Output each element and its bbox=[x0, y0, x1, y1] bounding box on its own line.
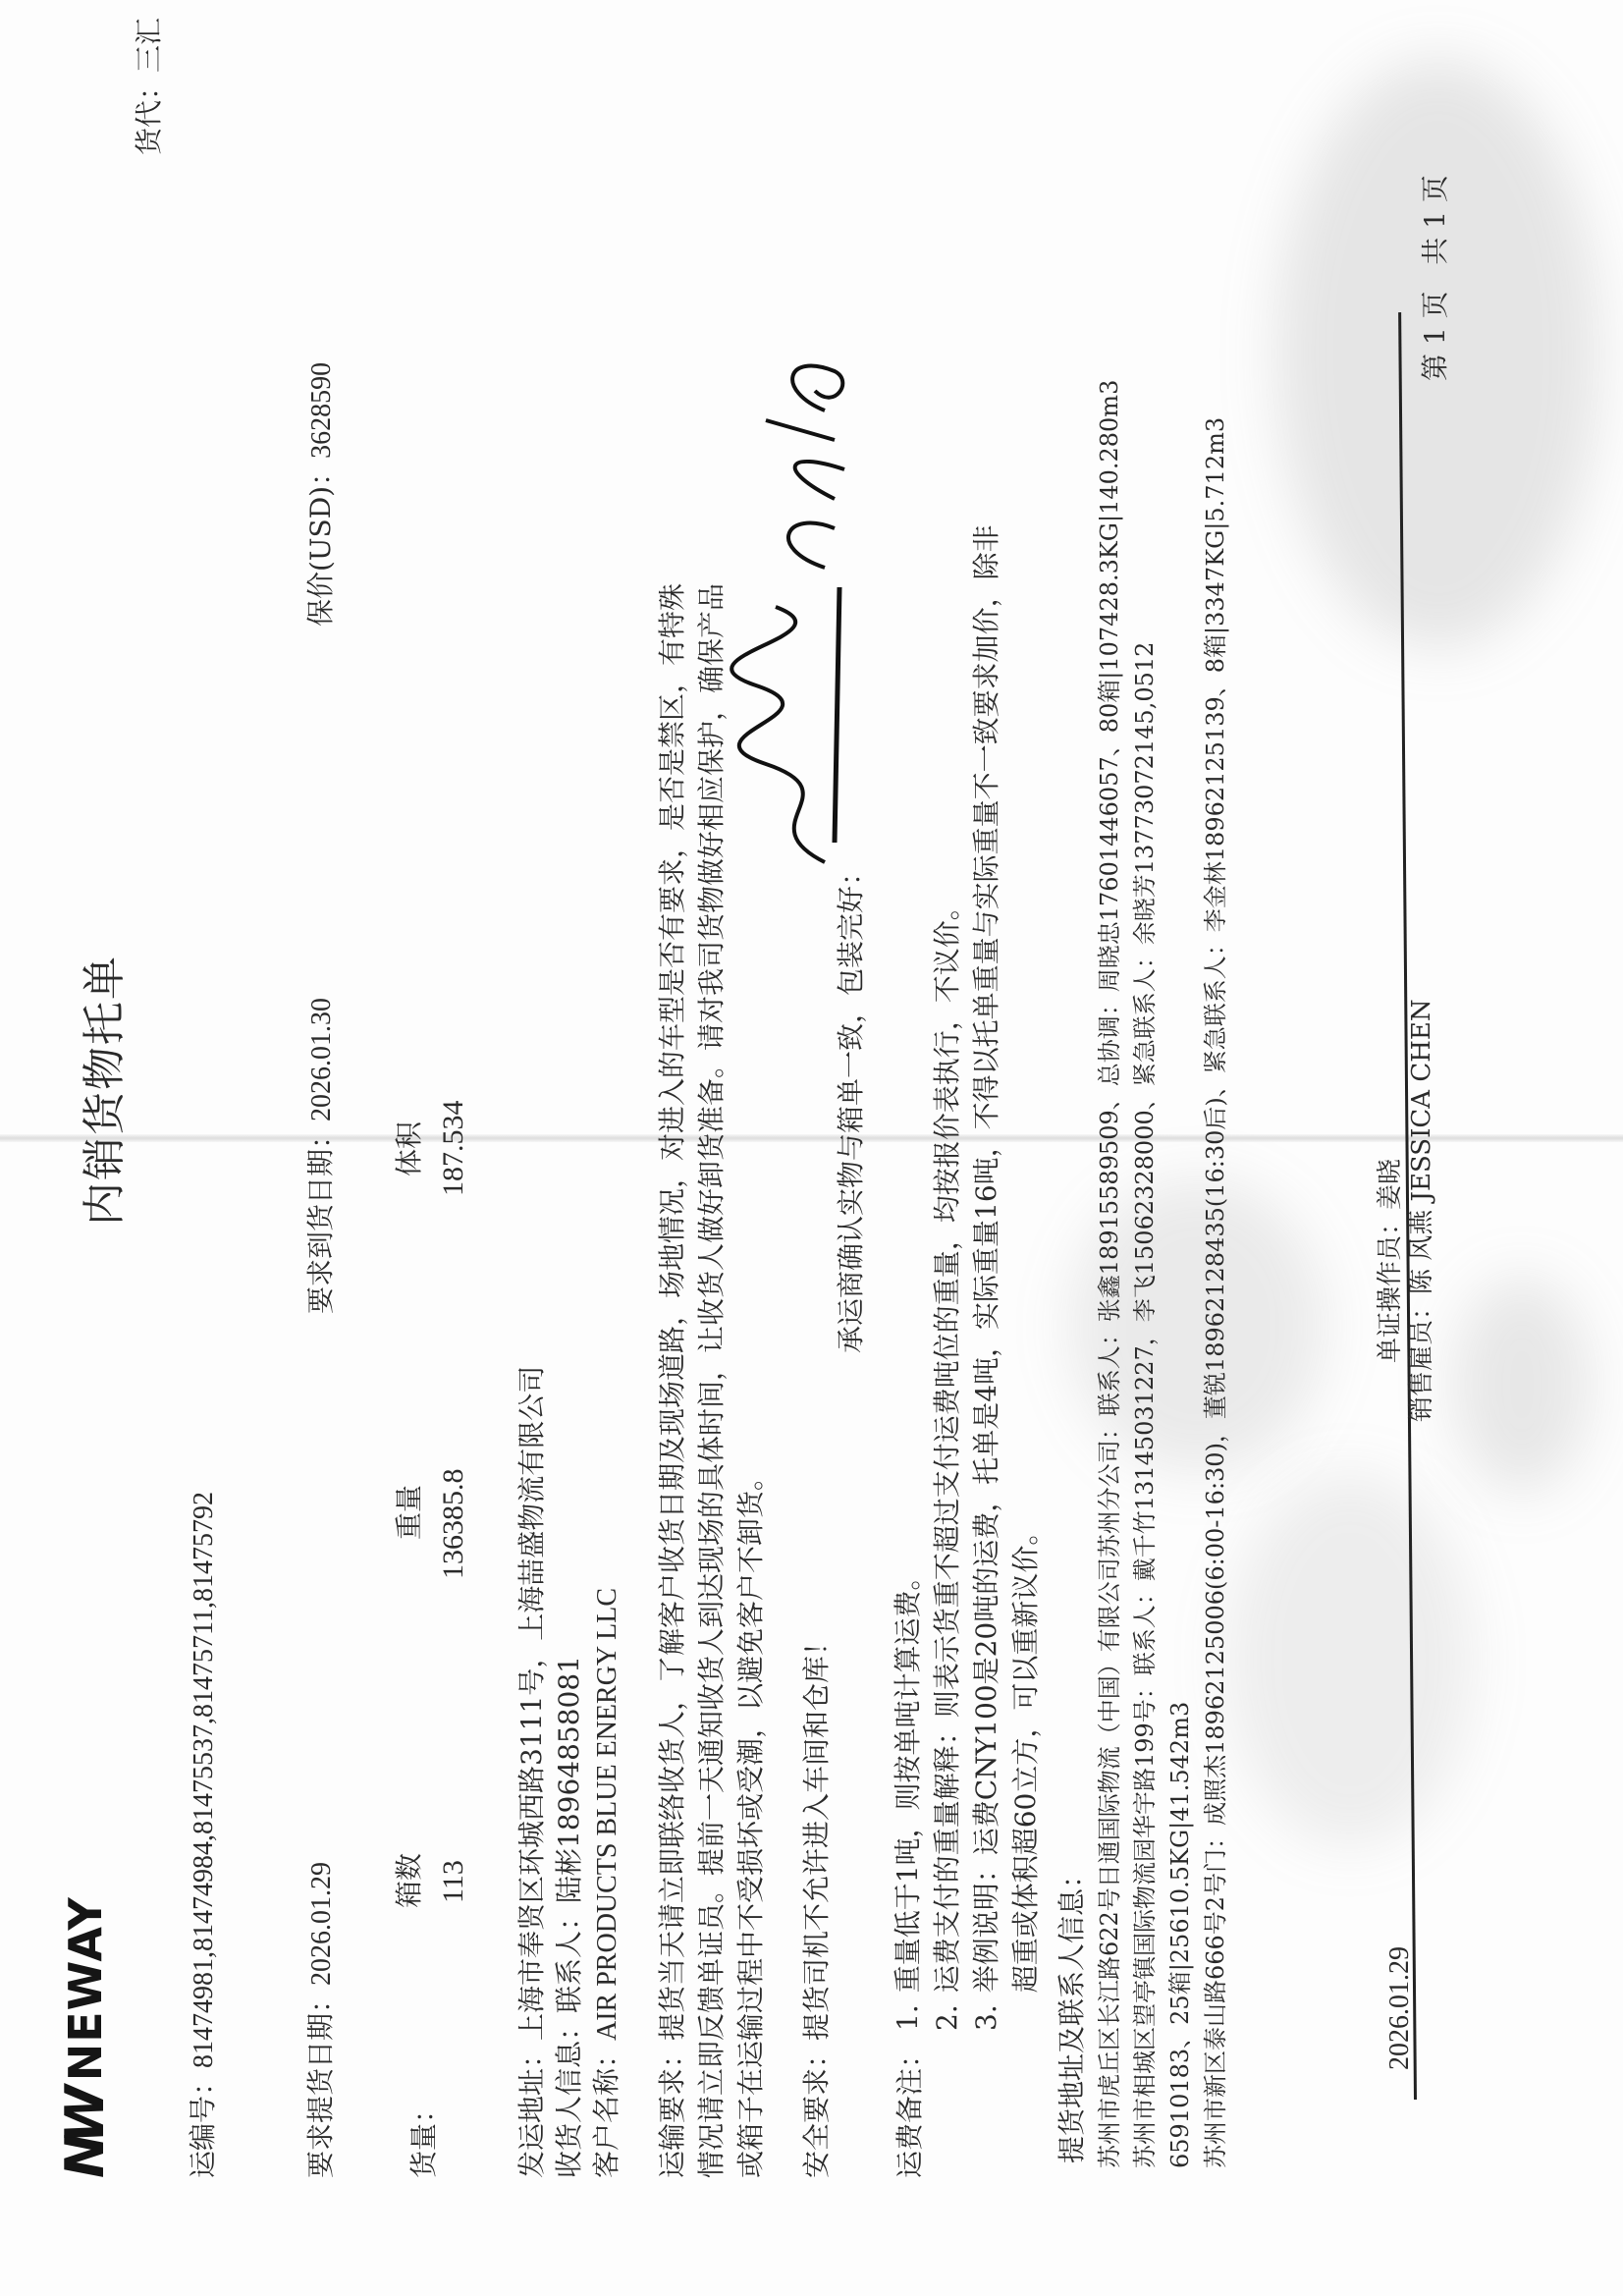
freight-note-item: 1. 重量低于1吨，则按单吨计算运费。 bbox=[889, 524, 928, 2031]
consignee-contact-row: 收货人信息：联系人：陆彬18964858081 bbox=[548, 1656, 587, 2178]
pickup-line: 苏州市虎丘区长江路622号日通国际物流（中国）有限公司苏州分公司：联系人：张鑫1… bbox=[1092, 380, 1127, 2168]
arrival-date-row: 要求到货日期：2026.01.30 bbox=[299, 998, 339, 1314]
safety-text: 提货司机不允许进入车间和仓库！ bbox=[800, 1628, 833, 2041]
insured-value-row: 保价(USD)：3628590 bbox=[299, 362, 339, 627]
freight-notes: 1. 重量低于1吨，则按单吨计算运费。 2. 运费支付的重量解释：则表示货重不超… bbox=[889, 524, 1046, 2031]
note-text: 运费支付的重量解释：则表示货重不超过支付运费吨位的重量，均按报价表执行，不议价。 bbox=[928, 893, 967, 1993]
shipping-order-page: NW NEWAY 内销货物托单 货代：三汇 运编号：81474981,81474… bbox=[0, 0, 1623, 2296]
cargo-col-boxes: 箱数 bbox=[388, 1853, 427, 1908]
footer-date: 2026.01.29 bbox=[1384, 1946, 1416, 2070]
customer-label: 客户名称： bbox=[590, 2041, 622, 2178]
pickup-list: 苏州市虎丘区长江路622号日通国际物流（中国）有限公司苏州分公司：联系人：张鑫1… bbox=[1092, 380, 1233, 2168]
operator-name: 姜晓 bbox=[1376, 1159, 1405, 1210]
pickup-line: 65910183、25箱|25610.5KG|41.542m3 bbox=[1163, 380, 1198, 2168]
sales-label: 销售雇员： bbox=[1407, 1294, 1436, 1422]
footer-staff: 单证操作员：姜晓 销售雇员：陈 风燕 JESSICA CHEN bbox=[1375, 999, 1437, 1422]
cargo-col-weight: 重量 bbox=[388, 1485, 427, 1540]
insured-value-label: 保价(USD)： bbox=[304, 459, 337, 627]
freight-agent-label: 货代： bbox=[133, 73, 165, 155]
note-number: 2. bbox=[928, 2004, 967, 2031]
safety-requirements: 安全要求：提货司机不允许进入车间和仓库！ bbox=[795, 1628, 835, 2178]
waybill-numbers: 81474981,81474984,81475537,81475711,8147… bbox=[189, 1492, 219, 2068]
freight-agent-value: 三汇 bbox=[133, 18, 165, 73]
consignee-contact-label: 收货人信息： bbox=[553, 2013, 585, 2178]
freight-note-item: 3. 举例说明：运费CNY100是20吨的运费，托单是4吨，实际重量16吨，不得… bbox=[967, 524, 1046, 2031]
pickup-line: 苏州市新区泰山路666号2号门：成照杰18962125006(6:00-16:3… bbox=[1198, 380, 1233, 2168]
safety-label: 安全要求： bbox=[800, 2041, 833, 2178]
cargo-boxes: 113 bbox=[437, 1860, 470, 1903]
pickup-date-row: 要求提货日期：2026.01.29 bbox=[299, 1862, 339, 2178]
insured-value: 3628590 bbox=[306, 362, 337, 459]
pickup-title: 提货地址及联系人信息： bbox=[1051, 1861, 1090, 2163]
transport-label: 运输要求： bbox=[656, 2041, 688, 2178]
arrival-date-label: 要求到货日期： bbox=[304, 1121, 337, 1314]
sales-name: 陈 风燕 JESSICA CHEN bbox=[1407, 999, 1436, 1294]
note-body: 举例说明：运费CNY100是20吨的运费，托单是4吨，实际重量16吨，不得以托单… bbox=[967, 524, 1046, 1993]
pickup-date-label: 要求提货日期： bbox=[304, 1986, 337, 2178]
note-number: 3. bbox=[967, 2004, 1046, 2031]
transport-line: 提货当天请立即联络收货人，了解客户收货日期及现场道路，场地情况，对进入的车型是否… bbox=[656, 583, 688, 2041]
ship-address-label: 发运地址： bbox=[515, 2041, 548, 2178]
note-text: 超重或体积超60立方，可以重新议价。 bbox=[1006, 524, 1046, 1993]
page-info: 第 1 页 共 1 页 bbox=[1414, 175, 1453, 381]
consignee-contact: 联系人：陆彬18964858081 bbox=[553, 1656, 585, 2013]
customer-name: AIR PRODUCTS BLUE ENERGY LLC bbox=[592, 1588, 622, 2041]
operator-label: 单证操作员： bbox=[1376, 1210, 1405, 1363]
note-number: 1. bbox=[889, 2004, 928, 2031]
cargo-col-volume: 体积 bbox=[388, 1121, 427, 1176]
freight-notes-label: 运费备注： bbox=[889, 2041, 928, 2178]
handwritten-signature-icon: 陈新 26/1/30 bbox=[707, 332, 874, 882]
document-title: 内销货物托单 bbox=[69, 955, 132, 1226]
company-logo: NW NEWAY bbox=[54, 1896, 116, 2178]
freight-note-item: 2. 运费支付的重量解释：则表示货重不超过支付运费吨位的重量，均按报价表执行，不… bbox=[928, 524, 967, 2031]
pickup-date: 2026.01.29 bbox=[306, 1862, 337, 1986]
cargo-label: 货量： bbox=[403, 2096, 442, 2178]
ship-address-row: 发运地址：上海市奉贤区环城西路3111号，上海喆盛物流有限公司 bbox=[511, 1366, 550, 2178]
logo-text: NEWAY bbox=[59, 1896, 112, 2081]
note-text: 举例说明：运费CNY100是20吨的运费，托单是4吨，实际重量16吨，不得以托单… bbox=[967, 524, 1006, 1993]
arrival-date: 2026.01.30 bbox=[306, 998, 337, 1121]
cargo-volume: 187.534 bbox=[437, 1101, 470, 1197]
freight-agent: 货代：三汇 bbox=[128, 18, 167, 155]
pickup-line: 苏州市相城区望亭镇国际物流园华宇路199号：联系人：戴千竹13145031227… bbox=[1127, 380, 1163, 2168]
note-text: 重量低于1吨，则按单吨计算运费。 bbox=[889, 1562, 928, 1993]
ship-address: 上海市奉贤区环城西路3111号，上海喆盛物流有限公司 bbox=[515, 1366, 548, 2041]
customer-row: 客户名称：AIR PRODUCTS BLUE ENERGY LLC bbox=[585, 1588, 624, 2178]
waybill-row: 运编号：81474981,81474984,81475537,81475711,… bbox=[182, 1492, 221, 2178]
carrier-confirmation: 承运商确认实物与箱单一致，包装完好： bbox=[830, 858, 869, 1353]
cargo-weight: 136385.8 bbox=[437, 1469, 470, 1580]
waybill-label: 运编号： bbox=[187, 2068, 219, 2178]
logo-mark-icon: NW bbox=[54, 2095, 116, 2178]
